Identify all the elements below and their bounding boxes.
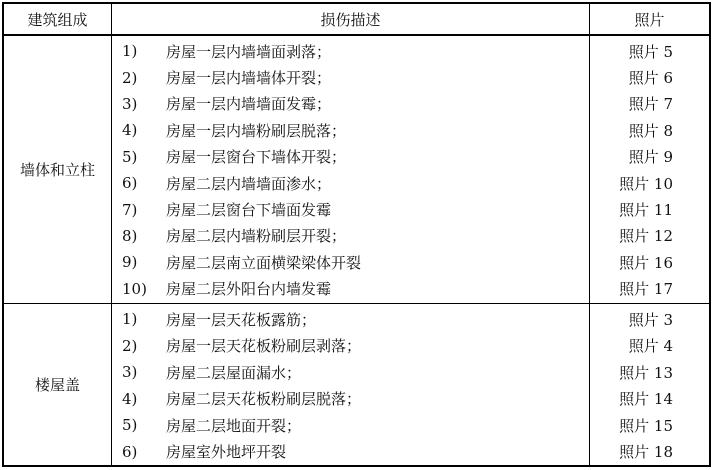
table-row: 4)房屋二层天花板粉刷层脱落；	[112, 386, 589, 413]
table-row: 1)房屋一层天花板露筋；	[112, 306, 589, 333]
item-number: 1)	[112, 310, 162, 328]
photo-ref: 照片 12	[590, 223, 709, 249]
item-number: 3)	[112, 363, 162, 381]
item-description: 房屋一层内墙墙体开裂；	[162, 67, 331, 88]
photo-ref: 照片 7	[590, 91, 709, 117]
item-number: 4)	[112, 390, 162, 408]
table-row: 5)房屋二层地面开裂；	[112, 412, 589, 439]
header-description: 损伤描述	[112, 4, 590, 34]
photo-ref: 照片 3	[590, 306, 709, 333]
item-description: 房屋一层内墙粉刷层脱落；	[162, 120, 346, 141]
item-number: 2)	[112, 337, 162, 355]
photo-ref: 照片 8	[590, 117, 709, 143]
item-number: 6)	[112, 443, 162, 461]
item-description: 房屋室外地坪开裂	[162, 441, 286, 462]
table-row: 3)房屋一层内墙墙面发霉；	[112, 91, 589, 117]
photo-ref: 照片 4	[590, 333, 709, 360]
item-description: 房屋二层内墙粉刷层开裂；	[162, 225, 346, 246]
photo-ref: 照片 17	[590, 276, 709, 302]
table-row: 4)房屋一层内墙粉刷层脱落；	[112, 117, 589, 143]
table-row: 5)房屋一层窗台下墙体开裂；	[112, 144, 589, 170]
item-description: 房屋一层天花板粉刷层剥落；	[162, 335, 361, 356]
header-component: 建筑组成	[4, 4, 112, 34]
item-description: 房屋二层外阳台内墙发霉	[162, 278, 331, 299]
table-row: 7)房屋二层窗台下墙面发霉	[112, 196, 589, 222]
item-number: 4)	[112, 121, 162, 139]
item-number: 8)	[112, 227, 162, 245]
item-description: 房屋二层天花板粉刷层脱落；	[162, 388, 361, 409]
photo-list: 照片 5 照片 6 照片 7 照片 8 照片 9 照片 10 照片 11 照片 …	[590, 36, 709, 303]
photo-ref: 照片 6	[590, 64, 709, 90]
item-number: 10)	[112, 280, 162, 298]
table-row: 1)房屋一层内墙墙面剥落；	[112, 38, 589, 64]
photo-ref: 照片 16	[590, 249, 709, 275]
item-number: 2)	[112, 69, 162, 87]
photo-ref: 照片 13	[590, 359, 709, 386]
table-header: 建筑组成 损伤描述 照片	[4, 4, 709, 36]
item-description: 房屋二层屋面漏水；	[162, 362, 301, 383]
item-number: 1)	[112, 42, 162, 60]
photo-ref: 照片 18	[590, 439, 709, 466]
photo-ref: 照片 14	[590, 386, 709, 413]
photo-ref: 照片 15	[590, 412, 709, 439]
item-number: 6)	[112, 174, 162, 192]
photo-list: 照片 3 照片 4 照片 13 照片 14 照片 15 照片 18	[590, 304, 709, 465]
item-description: 房屋二层南立面横梁梁体开裂	[162, 252, 361, 273]
item-description: 房屋一层内墙墙面发霉；	[162, 93, 331, 114]
item-description: 房屋一层天花板露筋；	[162, 309, 316, 330]
item-description: 房屋一层内墙墙面剥落；	[162, 41, 331, 62]
photo-ref: 照片 11	[590, 196, 709, 222]
table-row: 6)房屋二层内墙墙面渗水；	[112, 170, 589, 196]
photo-ref: 照片 5	[590, 38, 709, 64]
table-row: 8)房屋二层内墙粉刷层开裂；	[112, 223, 589, 249]
item-description: 房屋二层地面开裂；	[162, 415, 301, 436]
header-photo: 照片	[590, 4, 709, 34]
item-number: 3)	[112, 95, 162, 113]
item-number: 9)	[112, 253, 162, 271]
item-description: 房屋二层窗台下墙面发霉	[162, 199, 331, 220]
table-row: 2)房屋一层内墙墙体开裂；	[112, 64, 589, 90]
description-list: 1)房屋一层天花板露筋； 2)房屋一层天花板粉刷层剥落； 3)房屋二层屋面漏水；…	[112, 304, 590, 465]
damage-table: 建筑组成 损伤描述 照片 墙体和立柱 1)房屋一层内墙墙面剥落； 2)房屋一层内…	[2, 2, 711, 467]
table-row: 2)房屋一层天花板粉刷层剥落；	[112, 333, 589, 360]
section-label: 楼屋盖	[4, 304, 112, 465]
table-row: 3)房屋二层屋面漏水；	[112, 359, 589, 386]
section-label: 墙体和立柱	[4, 36, 112, 303]
description-list: 1)房屋一层内墙墙面剥落； 2)房屋一层内墙墙体开裂； 3)房屋一层内墙墙面发霉…	[112, 36, 590, 303]
table-row: 9)房屋二层南立面横梁梁体开裂	[112, 249, 589, 275]
section-walls-columns: 墙体和立柱 1)房屋一层内墙墙面剥落； 2)房屋一层内墙墙体开裂； 3)房屋一层…	[4, 36, 709, 304]
item-number: 7)	[112, 201, 162, 219]
photo-ref: 照片 10	[590, 170, 709, 196]
item-description: 房屋二层内墙墙面渗水；	[162, 173, 331, 194]
photo-ref: 照片 9	[590, 144, 709, 170]
item-number: 5)	[112, 148, 162, 166]
item-number: 5)	[112, 416, 162, 434]
section-floor-roof: 楼屋盖 1)房屋一层天花板露筋； 2)房屋一层天花板粉刷层剥落； 3)房屋二层屋…	[4, 304, 709, 465]
item-description: 房屋一层窗台下墙体开裂；	[162, 146, 346, 167]
table-row: 6)房屋室外地坪开裂	[112, 439, 589, 466]
table-row: 10)房屋二层外阳台内墙发霉	[112, 276, 589, 302]
